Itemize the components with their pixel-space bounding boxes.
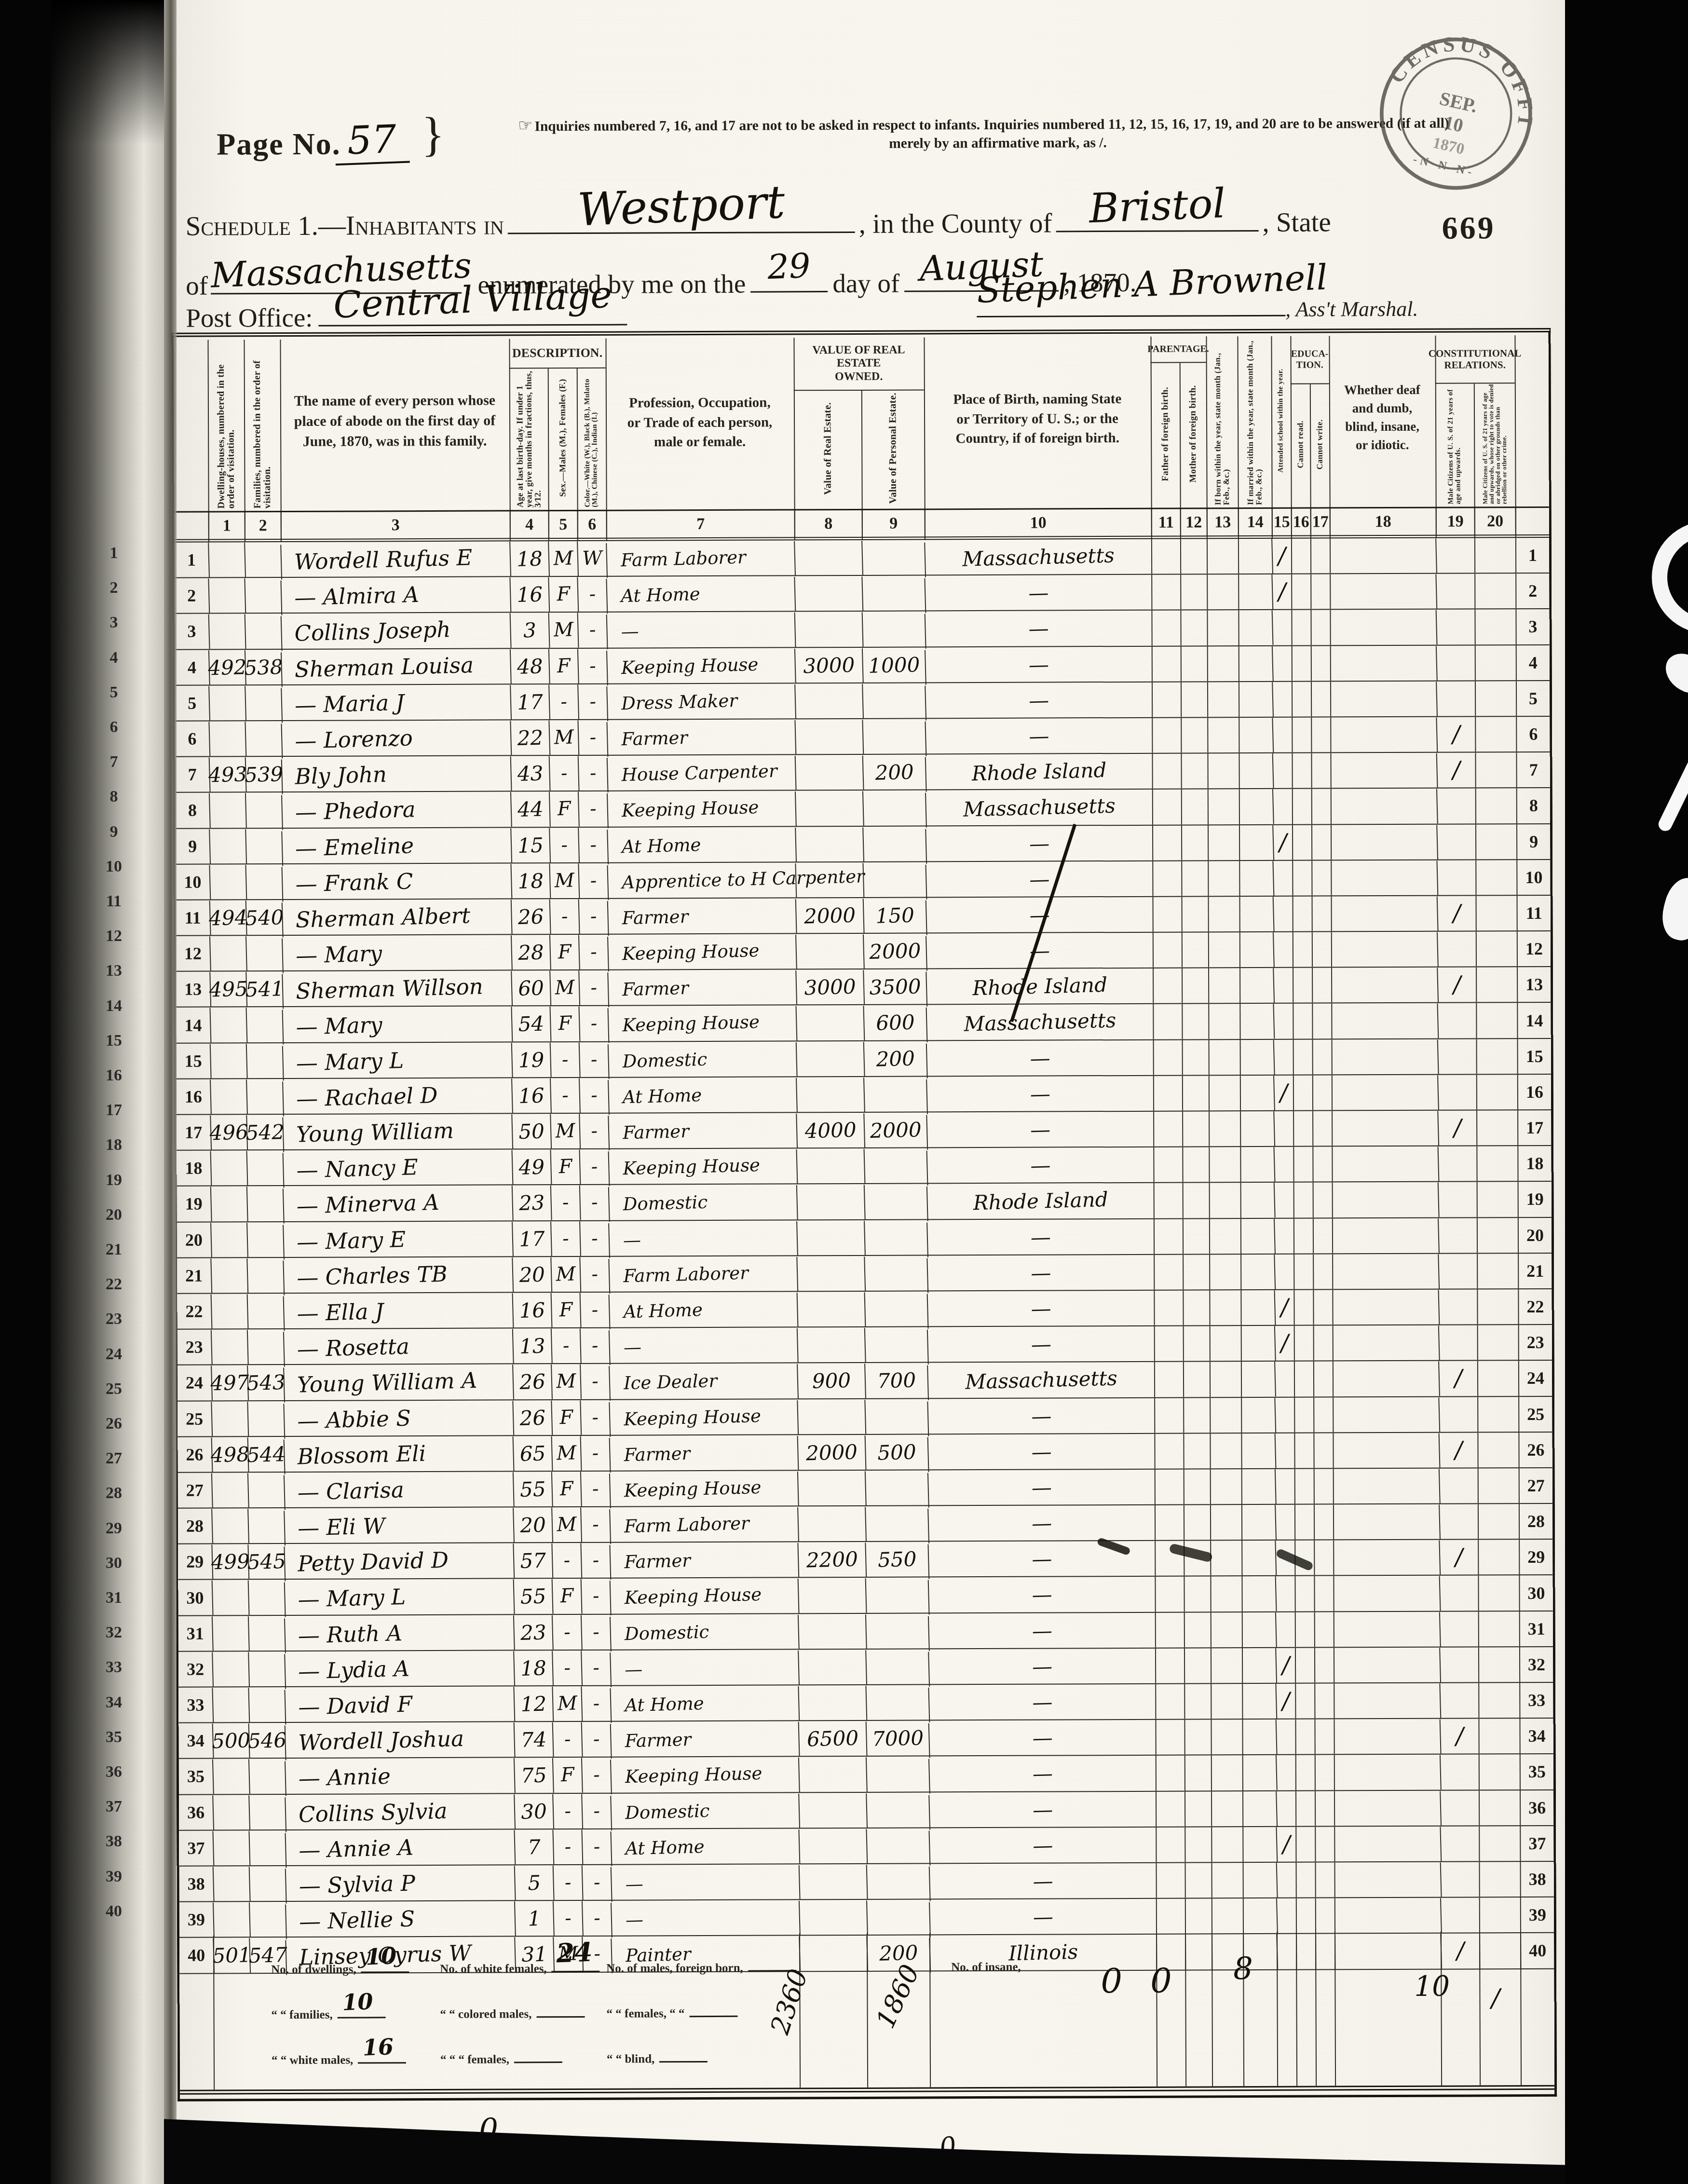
cell-fam [245,685,282,721]
cell-birth: — [928,1646,1156,1686]
cell-c17 [1310,610,1330,645]
cell-c12 [1183,1255,1209,1289]
cell-m15 [1276,1755,1296,1790]
col10-label: Place of Birth, naming State or Territor… [924,373,1151,465]
day-of-label: day of [832,268,899,299]
cell-occ: At Home [606,574,795,614]
grid-line [1315,1932,1317,2086]
cell-re [795,933,864,969]
cell-birth: — [926,1216,1154,1257]
adjacent-row-number: 27 [97,1449,131,1468]
cell-c17 [1312,1147,1332,1182]
cell-c13 [1211,1827,1242,1862]
cell-c17 [1312,1039,1332,1074]
cell-c13 [1210,1433,1241,1468]
cell-rownum: 27 [178,1473,212,1507]
cell-name: — Lorenzo [281,718,511,759]
page-fold-shadow [164,0,177,2184]
cell-m19 [1436,681,1475,716]
cell-fam [246,1043,283,1078]
cell-col: - [578,827,608,863]
cell-c12 [1184,1505,1210,1540]
cell-birth: — [928,1610,1156,1651]
cell-rownum2: 4 [1516,645,1550,680]
cell-c16 [1295,1612,1314,1647]
table-row: 14— Mary54F-Keeping House600Massachusett… [176,1003,1551,1043]
cell-col: - [578,1006,608,1041]
cell-fam: 541 [245,971,283,1007]
cell-c11 [1151,575,1180,610]
cell-c16 [1294,1433,1313,1468]
cell-m19 [1436,824,1476,860]
cell-re [795,861,863,898]
cell-name: Young William A [283,1362,513,1403]
cell-sex: - [552,1650,582,1686]
cell-rownum: 12 [176,936,210,971]
cell-sex: - [550,1185,580,1221]
cell-name: — Nancy E [283,1147,513,1188]
cell-name: — Eli W [284,1505,514,1546]
cell-rownum: 9 [176,829,209,863]
cell-pe: 550 [865,1541,928,1578]
group-value: VALUE OF REAL ESTATE OWNED. [793,337,924,391]
cell-m19 [1439,1575,1479,1611]
cell-c17 [1315,1898,1334,1933]
table-row: 24497543Young William A26M-Ice Dealer900… [177,1361,1552,1401]
cell-occ: Farm Laborer [608,1254,797,1294]
cell-rownum: 25 [177,1401,211,1436]
cell-rownum: 36 [179,1795,213,1829]
cell-m15 [1276,1898,1296,1933]
adjacent-row-number: 31 [97,1589,131,1607]
cell-c16 [1293,1290,1313,1325]
cell-m19 [1439,1611,1479,1647]
cell-col: - [579,1221,609,1256]
cell-birth: — [925,608,1152,649]
cell-c18 [1333,1325,1439,1361]
cell-m19 [1439,1504,1478,1540]
cell-c18 [1331,824,1437,860]
cell-c18 [1334,1790,1440,1826]
cell-c18 [1332,1039,1438,1074]
cell-col: - [578,755,608,791]
cell-c17 [1315,1755,1334,1790]
grid-line [1185,1932,1186,2087]
cell-rownum2: 18 [1517,1146,1551,1181]
cell-col: - [580,1471,610,1507]
cell-dw [210,1043,247,1078]
cell-rownum: 20 [177,1222,211,1257]
cell-m15: / [1272,825,1293,860]
cell-birth: — [926,1073,1154,1114]
cell-c17 [1315,1827,1334,1861]
cell-rownum2: 28 [1519,1504,1552,1539]
cell-birth: Massachusetts [925,787,1153,828]
cell-col: - [581,1614,611,1650]
cell-birth: — [927,1467,1155,1507]
cell-c12 [1185,1863,1212,1897]
cell-dw [212,1580,249,1615]
grid-line [1212,1932,1213,2086]
cell-fam [248,1830,286,1866]
cell-birth: — [926,1145,1154,1186]
cell-c17 [1314,1469,1333,1503]
cell-rownum2: 31 [1519,1611,1553,1646]
cell-fam [245,614,282,649]
cell-pe [864,1183,927,1220]
cell-fam [246,1150,284,1186]
cell-m15 [1273,1004,1293,1039]
cell-rownum2: 24 [1518,1361,1552,1395]
cell-age: 16 [512,1292,552,1328]
tally-mark: 0 0 [1101,1961,1181,2001]
cell-name: Collins Joseph [281,610,511,651]
cell-c12 [1183,1362,1210,1397]
adjacent-row-number: 37 [97,1798,131,1816]
cell-occ: At Home [609,1290,798,1329]
cell-birth: Rhode Island [925,751,1153,792]
cell-c16 [1295,1755,1315,1790]
cell-fam [245,721,282,756]
cell-c14 [1240,1183,1274,1217]
cell-c11 [1155,1577,1184,1611]
cell-dw [212,1615,249,1651]
cell-m19: / [1436,716,1475,752]
table-row: 27— Clarisa55F-Keeping House—27 [178,1468,1552,1509]
adjacent-row-number: 11 [97,892,131,911]
cell-c16 [1292,718,1311,752]
cell-c16 [1293,1218,1313,1253]
cell-pe: 2000 [863,933,926,969]
cell-c14 [1239,718,1272,752]
cell-rownum: 17 [177,1115,210,1150]
cell-m19 [1440,1861,1480,1897]
cell-c18 [1331,968,1437,1003]
adjacent-row-number: 22 [97,1275,131,1294]
cell-name: Collins Sylvia [285,1791,515,1832]
cell-col: - [577,576,607,612]
col2-label: Families, numbered in the order of visit… [244,340,280,508]
adjacent-row-number: 12 [97,927,131,945]
cell-name: — Rachael D [282,1076,512,1117]
cell-c20 [1477,1182,1518,1217]
cell-c17 [1312,1111,1332,1146]
column-number-1: 1 [208,512,245,539]
cell-c14 [1240,1218,1274,1253]
cell-c16 [1292,753,1311,788]
cell-fam [249,1901,286,1937]
cell-c13 [1211,1791,1242,1826]
cell-occ: Domestic [610,1790,799,1830]
cell-c11 [1155,1648,1184,1683]
insane-label: No. of insane, [951,1961,1021,1975]
cell-re [796,1219,865,1256]
cell-c17 [1312,896,1331,931]
table-row: 8— Phedora44F-Keeping HouseMassachusetts… [176,788,1550,829]
cell-dw: 492 [208,649,245,685]
cell-pe: 200 [862,754,926,791]
cell-c17 [1311,753,1330,788]
cell-c12 [1180,539,1207,573]
cell-pe [865,1470,928,1506]
cell-c18 [1330,681,1436,716]
table-row: 3Collins Joseph3M-——3 [175,609,1549,650]
cell-rownum2: 33 [1519,1683,1553,1718]
cell-age: 74 [514,1721,553,1757]
cell-sex: M [551,1364,581,1400]
cell-name: Bly John [281,753,511,794]
cell-c16 [1295,1791,1315,1826]
cell-m15 [1275,1576,1295,1611]
table-row: 10— Frank C18M-Apprentice to H Carpenter… [176,860,1550,901]
cell-m15 [1272,753,1293,788]
cell-rownum2: 14 [1517,1003,1551,1037]
cell-fam [248,1615,285,1651]
column-number-6: 6 [577,511,606,538]
cell-c12 [1181,753,1207,788]
cell-rownum: 39 [179,1902,213,1937]
cell-birth: — [928,1789,1156,1829]
cell-rownum2: 3 [1515,609,1549,644]
cell-birth: — [926,1109,1154,1149]
cell-col: - [580,1435,610,1471]
cell-rownum2: 10 [1516,860,1550,895]
cell-c11 [1153,1004,1182,1039]
column-number-17: 17 [1310,508,1330,535]
table-row: 15— Mary L19--Domestic200—15 [177,1039,1551,1079]
cell-pe [866,1828,929,1864]
cell-birth: — [925,644,1152,684]
cell-m19 [1436,860,1476,895]
cell-c13 [1208,825,1239,860]
cell-birth: — [928,1753,1156,1794]
cell-col: - [581,1829,611,1865]
cell-c16 [1294,1362,1313,1396]
cell-sex: M [548,613,578,648]
cell-pe [864,1291,928,1327]
table-row: 34500546Wordell Joshua74--Farmer65007000… [178,1719,1553,1759]
svg-text:10: 10 [1442,111,1465,136]
cell-c11 [1155,1469,1184,1504]
cell-dw [209,792,246,828]
cell-m19 [1438,1253,1477,1289]
cell-col: - [581,1721,611,1757]
cell-name: — Annie [285,1755,515,1796]
cell-c17 [1314,1541,1333,1575]
cell-m15 [1275,1612,1295,1647]
table-row: 9— Emeline15--At Home—/9 [176,824,1550,864]
cell-re [797,1326,865,1363]
cell-c12 [1184,1577,1210,1611]
cell-c13 [1210,1505,1241,1540]
cell-m15 [1274,1254,1294,1289]
cell-m15 [1274,1218,1294,1254]
cell-rownum: 37 [179,1830,213,1865]
cell-m19 [1438,1325,1478,1361]
cell-re [795,826,863,862]
cell-c20 [1478,1540,1519,1574]
cell-re: 6500 [798,1720,867,1757]
cell-age: 12 [513,1686,553,1721]
adjacent-row-number: 19 [97,1171,131,1189]
cell-m19 [1436,645,1475,681]
cell-c16 [1291,539,1310,573]
cell-pe: 600 [863,1004,926,1041]
cell-c17 [1314,1576,1333,1611]
cell-c16 [1293,1075,1312,1110]
cell-c14 [1241,1397,1275,1432]
cell-dw: 498 [211,1436,248,1472]
cell-dw [212,1830,249,1866]
cell-pe [862,682,926,719]
cell-birth: — [928,1718,1156,1758]
adjacent-row-number: 24 [97,1345,131,1364]
column-number-15: 15 [1272,509,1291,535]
cell-c18 [1333,1397,1439,1432]
cell-c11 [1151,539,1180,574]
cell-c18 [1333,1433,1439,1468]
cell-fam [249,1866,286,1901]
adjacent-row-number: 9 [97,823,131,841]
cell-col: - [579,1256,609,1292]
cell-sex: F [551,1471,581,1507]
col6-label: Color.—White (W.), Black (B.), Mulatto (… [577,369,606,507]
cell-c20 [1477,1325,1518,1360]
cell-occ: — [609,1325,798,1365]
cell-re [796,1255,865,1292]
cell-re [796,1005,864,1041]
cell-c18 [1334,1611,1440,1647]
cell-c20 [1476,967,1517,1002]
cell-age: 44 [510,792,550,827]
table-row: 16— Rachael D16--At Home—/16 [177,1075,1551,1115]
cell-m19 [1439,1647,1479,1682]
cell-age: 3 [510,613,549,648]
adjacent-row-number: 13 [97,962,131,980]
cell-c20 [1475,824,1516,859]
cell-name: Wordell Joshua [285,1720,515,1761]
adjacent-row-number: 5 [97,683,131,702]
cell-c14 [1240,1147,1274,1182]
cell-c17 [1313,1183,1332,1217]
cell-rownum: 19 [177,1187,211,1221]
cell-re [794,575,862,612]
cell-age: 26 [511,899,550,934]
grid-line [1479,1931,1481,2085]
cell-c17 [1311,646,1330,681]
cell-col: - [579,1149,609,1185]
cell-c16 [1293,1147,1312,1182]
cell-name: — Mary [282,1004,512,1045]
cell-m15: / [1276,1827,1296,1862]
brace-glyph: } [422,107,445,162]
cell-fam [246,1257,284,1293]
cell-c17 [1313,1433,1333,1468]
cell-c14 [1243,1863,1277,1897]
cell-rownum2: 20 [1518,1217,1552,1252]
cell-sex: - [551,1328,581,1364]
table-row: 2— Almira A16F-At Home—/2 [175,573,1549,614]
cell-birth: — [929,1897,1157,1937]
cell-c16 [1293,1254,1313,1289]
col9-label: Value of Personal Estate. [861,390,925,506]
cell-dw [209,936,246,971]
svg-text:SEP.: SEP. [1438,88,1480,117]
cell-age: 7 [514,1829,553,1865]
cell-dw [209,828,246,864]
cell-re: 3000 [795,969,864,1006]
cell-fam [248,1580,285,1615]
cell-col: - [581,1793,611,1829]
cell-age: 18 [509,541,549,576]
cell-c20 [1476,1146,1517,1181]
pointing-hand-icon: ☞ [518,116,533,135]
cell-occ: Farm Laborer [609,1504,798,1544]
cell-c11 [1154,1362,1183,1397]
cell-c12 [1181,790,1208,824]
table-row: 22— Ella J16F-At Home—/22 [177,1289,1552,1330]
adjacent-row-number: 29 [97,1519,131,1538]
column-number-16: 16 [1291,509,1310,535]
table-row: 23— Rosetta13--——/23 [177,1325,1552,1365]
cell-age: 17 [512,1221,551,1256]
table-row: 35— Annie75F-Keeping House—35 [179,1754,1553,1795]
cell-c13 [1211,1720,1242,1754]
cell-occ: — [608,1218,797,1257]
cell-c11 [1156,1863,1185,1897]
cell-birth: — [926,1252,1154,1293]
notice-line2: merely by an affirmative mark, as /. [518,134,1478,153]
cell-sex: F [551,1292,581,1328]
cell-c18 [1332,1147,1438,1182]
cell-c17 [1314,1683,1334,1718]
cell-age: 49 [512,1149,551,1185]
cell-c11 [1155,1684,1184,1719]
column-number-5: 5 [548,511,577,538]
cell-col: - [577,612,607,648]
cell-c20 [1474,573,1515,608]
cell-rownum: 31 [178,1616,212,1651]
cell-c17 [1313,1218,1332,1253]
cell-birth: — [928,1574,1156,1615]
cell-age: 55 [513,1471,552,1507]
cell-re [798,1649,866,1685]
cell-occ: Domestic [610,1612,799,1652]
cell-c12 [1181,682,1207,717]
cell-c14 [1239,753,1272,788]
cell-col: - [577,684,607,720]
cell-rownum2: 21 [1518,1254,1552,1288]
cell-c18 [1333,1540,1439,1575]
cell-re [795,754,863,791]
cell-name: — Lydia A [284,1648,514,1689]
state-label: , State [1262,206,1331,238]
cell-age: 75 [514,1758,553,1793]
cell-c17 [1310,538,1330,573]
cell-m15 [1272,789,1293,824]
column-number-18: 18 [1330,508,1436,535]
cell-c11 [1156,1756,1184,1790]
cell-pe [861,539,925,576]
cell-rownum: 3 [175,614,208,649]
cell-birth: — [929,1860,1157,1901]
cell-rownum2: 1 [1515,538,1549,573]
cell-c11 [1156,1899,1185,1934]
cell-c20 [1478,1683,1519,1718]
cell-c17 [1312,1075,1332,1110]
cell-rownum: 28 [178,1509,212,1543]
cell-c17 [1312,968,1331,1003]
